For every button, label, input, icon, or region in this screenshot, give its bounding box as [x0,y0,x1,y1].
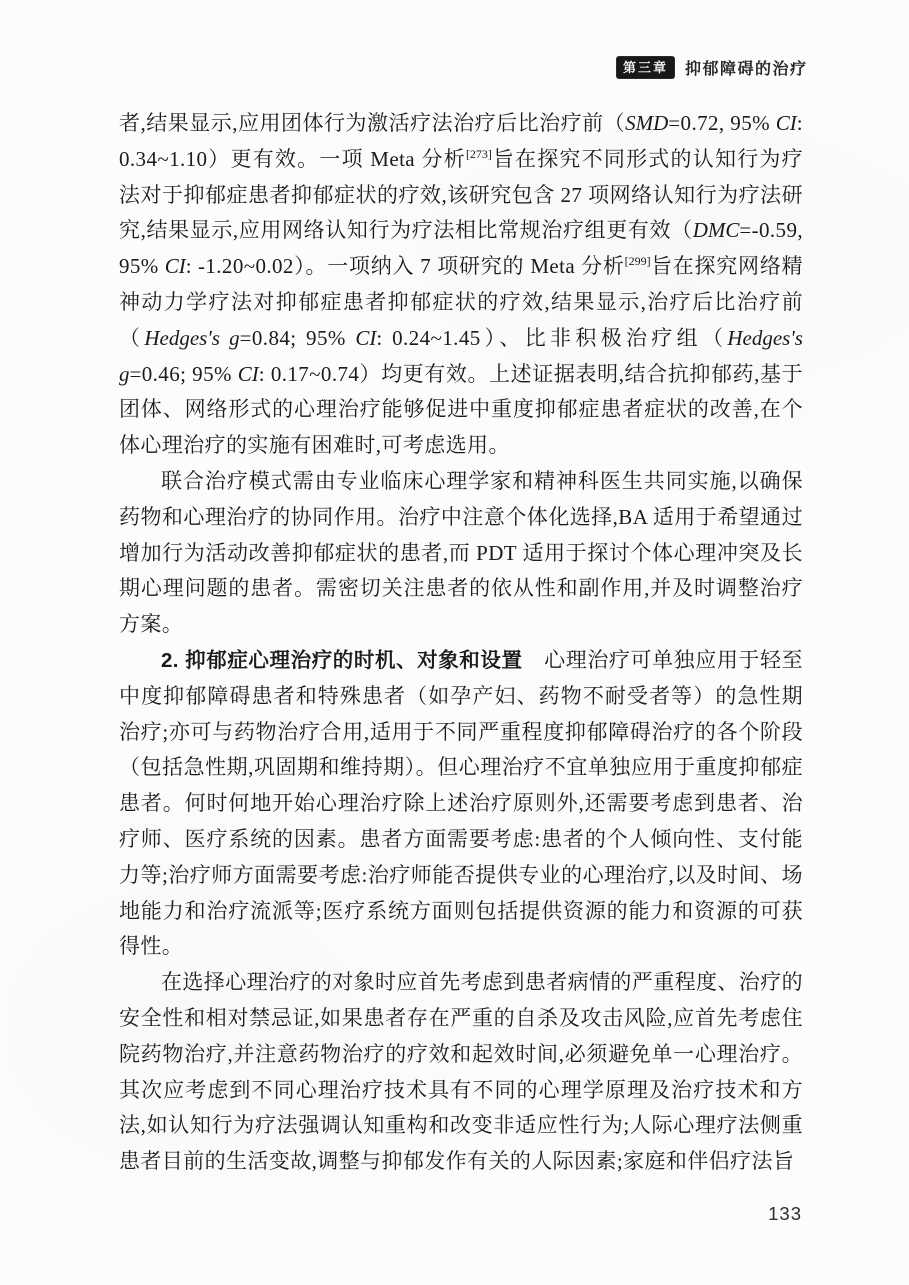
text-run: 心理治疗可单独应用于轻至中度抑郁障碍患者和特殊患者（如孕产妇、药物不耐受者等）的… [119,648,803,958]
text-run: 者,结果显示,应用团体行为激活疗法治疗后比治疗前（ [119,111,625,135]
stat-term: DMC [693,218,740,242]
stat-term: CI [776,111,797,135]
section-heading: 2. 抑郁症心理治疗的时机、对象和设置 [161,649,523,672]
text-run: : 0.24~1.45）、比非积极治疗组（ [376,326,727,350]
paragraph: 联合治疗模式需由专业临床心理学家和精神科医生共同实施,以确保药物和心理治疗的协同… [119,464,803,643]
text-run: 联合治疗模式需由专业临床心理学家和精神科医生共同实施,以确保药物和心理治疗的协同… [119,469,803,636]
citation-ref: [299] [625,254,651,268]
text-run: =0.46; 95% [130,362,238,386]
text-run: : -1.20~0.02）。一项纳入 7 项研究的 Meta 分析 [186,254,625,278]
text-run: =0.72, 95% [668,111,775,135]
page-header: 第三章 抑郁障碍的治疗 [617,56,808,79]
paragraph: 者,结果显示,应用团体行为激活疗法治疗后比治疗前（SMD=0.72, 95% C… [119,106,803,464]
chapter-badge: 第三章 [617,57,674,78]
body-text: 者,结果显示,应用团体行为激活疗法治疗后比治疗前（SMD=0.72, 95% C… [119,106,803,1180]
stat-term: CI [355,326,376,350]
text-run: 在选择心理治疗的对象时应首先考虑到患者病情的严重程度、治疗的安全性和相对禁忌证,… [119,970,803,1173]
book-page: 第三章 抑郁障碍的治疗 者,结果显示,应用团体行为激活疗法治疗后比治疗前（SMD… [0,0,909,1285]
stat-term: Hedges's g [144,326,239,350]
chapter-title: 抑郁障碍的治疗 [685,56,808,79]
citation-ref: [273] [466,147,492,161]
paragraph: 在选择心理治疗的对象时应首先考虑到患者病情的严重程度、治疗的安全性和相对禁忌证,… [119,965,803,1180]
paragraph: 2. 抑郁症心理治疗的时机、对象和设置 心理治疗可单独应用于轻至中度抑郁障碍患者… [119,643,803,965]
page-number: 133 [0,1203,802,1225]
stat-term: CI [238,362,259,386]
text-run: =0.84; 95% [240,326,356,350]
stat-term: CI [165,254,186,278]
stat-term: SMD [625,111,668,135]
